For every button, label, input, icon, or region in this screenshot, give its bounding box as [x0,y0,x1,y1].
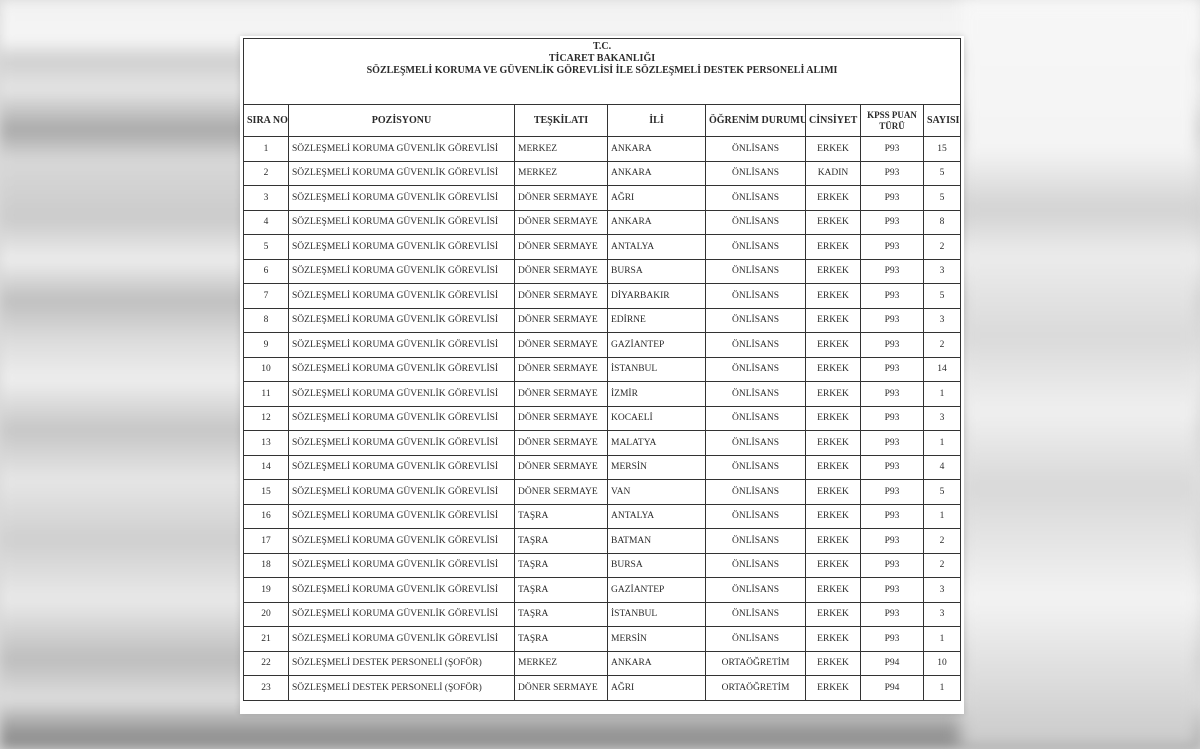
col-header-cinsiyet: CİNSİYET [806,105,861,137]
cell-kpss: P93 [861,578,924,603]
cell-sayisi: 1 [924,382,961,407]
cell-cinsiyet: ERKEK [806,333,861,358]
cell-ogrenim: ÖNLİSANS [706,602,806,627]
table-row: 3SÖZLEŞMELİ KORUMA GÜVENLİK GÖREVLİSİDÖN… [244,186,961,211]
table-row: 16SÖZLEŞMELİ KORUMA GÜVENLİK GÖREVLİSİTA… [244,504,961,529]
cell-ogrenim: ÖNLİSANS [706,333,806,358]
cell-il: VAN [608,480,706,505]
cell-teskilat: DÖNER SERMAYE [515,284,608,309]
cell-cinsiyet: ERKEK [806,210,861,235]
col-header-sayisi: SAYISI [924,105,961,137]
cell-ogrenim: ÖNLİSANS [706,504,806,529]
cell-ogrenim: ÖNLİSANS [706,235,806,260]
cell-teskilat: MERKEZ [515,137,608,162]
cell-teskilat: DÖNER SERMAYE [515,259,608,284]
cell-kpss: P93 [861,406,924,431]
col-header-kpss-puan-turu: KPSS PUAN TÜRÜ [861,105,924,137]
cell-cinsiyet: ERKEK [806,553,861,578]
title-line-tc: T.C. [247,41,957,53]
document-page: T.C. TİCARET BAKANLIĞI SÖZLEŞMELİ KORUMA… [240,36,964,714]
col-header-sira-no: SIRA NO [244,105,289,137]
cell-sayisi: 15 [924,137,961,162]
cell-teskilat: TAŞRA [515,553,608,578]
cell-sira-no: 18 [244,553,289,578]
cell-pozisyon: SÖZLEŞMELİ KORUMA GÜVENLİK GÖREVLİSİ [289,406,515,431]
cell-sayisi: 1 [924,504,961,529]
cell-pozisyon: SÖZLEŞMELİ KORUMA GÜVENLİK GÖREVLİSİ [289,161,515,186]
cell-ogrenim: ÖNLİSANS [706,455,806,480]
cell-il: BURSA [608,259,706,284]
cell-pozisyon: SÖZLEŞMELİ KORUMA GÜVENLİK GÖREVLİSİ [289,210,515,235]
cell-il: MERSİN [608,455,706,480]
table-row: 20SÖZLEŞMELİ KORUMA GÜVENLİK GÖREVLİSİTA… [244,602,961,627]
cell-kpss: P93 [861,259,924,284]
table-row: 18SÖZLEŞMELİ KORUMA GÜVENLİK GÖREVLİSİTA… [244,553,961,578]
cell-teskilat: DÖNER SERMAYE [515,186,608,211]
cell-ogrenim: ÖNLİSANS [706,480,806,505]
table-row: 6SÖZLEŞMELİ KORUMA GÜVENLİK GÖREVLİSİDÖN… [244,259,961,284]
cell-teskilat: DÖNER SERMAYE [515,210,608,235]
cell-ogrenim: ÖNLİSANS [706,578,806,603]
cell-il: AĞRI [608,676,706,701]
cell-sayisi: 3 [924,259,961,284]
cell-sira-no: 14 [244,455,289,480]
cell-il: GAZİANTEP [608,578,706,603]
title-line-subject: SÖZLEŞMELİ KORUMA VE GÜVENLİK GÖREVLİSİ … [247,65,957,77]
cell-sira-no: 19 [244,578,289,603]
cell-cinsiyet: ERKEK [806,651,861,676]
cell-il: ANKARA [608,210,706,235]
cell-sira-no: 9 [244,333,289,358]
cell-cinsiyet: ERKEK [806,186,861,211]
cell-ogrenim: ÖNLİSANS [706,529,806,554]
cell-pozisyon: SÖZLEŞMELİ KORUMA GÜVENLİK GÖREVLİSİ [289,553,515,578]
cell-teskilat: MERKEZ [515,161,608,186]
cell-teskilat: TAŞRA [515,578,608,603]
cell-teskilat: DÖNER SERMAYE [515,480,608,505]
cell-sira-no: 11 [244,382,289,407]
cell-teskilat: MERKEZ [515,651,608,676]
title-line-ministry: TİCARET BAKANLIĞI [247,53,957,65]
cell-pozisyon: SÖZLEŞMELİ KORUMA GÜVENLİK GÖREVLİSİ [289,333,515,358]
cell-sira-no: 3 [244,186,289,211]
cell-pozisyon: SÖZLEŞMELİ KORUMA GÜVENLİK GÖREVLİSİ [289,602,515,627]
table-row: 13SÖZLEŞMELİ KORUMA GÜVENLİK GÖREVLİSİDÖ… [244,431,961,456]
cell-kpss: P93 [861,627,924,652]
cell-pozisyon: SÖZLEŞMELİ KORUMA GÜVENLİK GÖREVLİSİ [289,578,515,603]
table-row: 21SÖZLEŞMELİ KORUMA GÜVENLİK GÖREVLİSİTA… [244,627,961,652]
cell-il: ANKARA [608,161,706,186]
cell-teskilat: DÖNER SERMAYE [515,357,608,382]
col-header-ili: İLİ [608,105,706,137]
cell-sira-no: 17 [244,529,289,554]
cell-pozisyon: SÖZLEŞMELİ KORUMA GÜVENLİK GÖREVLİSİ [289,382,515,407]
table-row: 15SÖZLEŞMELİ KORUMA GÜVENLİK GÖREVLİSİDÖ… [244,480,961,505]
cell-sayisi: 5 [924,284,961,309]
table-row: 7SÖZLEŞMELİ KORUMA GÜVENLİK GÖREVLİSİDÖN… [244,284,961,309]
table-row: 17SÖZLEŞMELİ KORUMA GÜVENLİK GÖREVLİSİTA… [244,529,961,554]
cell-il: EDİRNE [608,308,706,333]
cell-il: İSTANBUL [608,602,706,627]
cell-teskilat: TAŞRA [515,602,608,627]
cell-teskilat: DÖNER SERMAYE [515,406,608,431]
cell-pozisyon: SÖZLEŞMELİ KORUMA GÜVENLİK GÖREVLİSİ [289,431,515,456]
cell-sira-no: 8 [244,308,289,333]
cell-sayisi: 3 [924,406,961,431]
cell-sira-no: 2 [244,161,289,186]
table-row: 5SÖZLEŞMELİ KORUMA GÜVENLİK GÖREVLİSİDÖN… [244,235,961,260]
cell-il: GAZİANTEP [608,333,706,358]
cell-kpss: P93 [861,186,924,211]
cell-ogrenim: ÖNLİSANS [706,357,806,382]
cell-teskilat: DÖNER SERMAYE [515,676,608,701]
cell-cinsiyet: ERKEK [806,676,861,701]
cell-teskilat: DÖNER SERMAYE [515,308,608,333]
cell-sayisi: 1 [924,431,961,456]
cell-teskilat: DÖNER SERMAYE [515,431,608,456]
cell-sira-no: 20 [244,602,289,627]
table-row: 14SÖZLEŞMELİ KORUMA GÜVENLİK GÖREVLİSİDÖ… [244,455,961,480]
cell-kpss: P93 [861,529,924,554]
cell-il: İSTANBUL [608,357,706,382]
cell-ogrenim: ÖNLİSANS [706,382,806,407]
cell-kpss: P93 [861,235,924,260]
cell-il: ANTALYA [608,504,706,529]
cell-cinsiyet: ERKEK [806,431,861,456]
document-title: T.C. TİCARET BAKANLIĞI SÖZLEŞMELİ KORUMA… [244,39,961,105]
cell-sayisi: 3 [924,578,961,603]
cell-sayisi: 10 [924,651,961,676]
cell-cinsiyet: ERKEK [806,382,861,407]
cell-pozisyon: SÖZLEŞMELİ KORUMA GÜVENLİK GÖREVLİSİ [289,529,515,554]
cell-sira-no: 7 [244,284,289,309]
cell-sayisi: 1 [924,627,961,652]
table-row: 1SÖZLEŞMELİ KORUMA GÜVENLİK GÖREVLİSİMER… [244,137,961,162]
cell-pozisyon: SÖZLEŞMELİ KORUMA GÜVENLİK GÖREVLİSİ [289,235,515,260]
cell-cinsiyet: ERKEK [806,259,861,284]
table-row: 2SÖZLEŞMELİ KORUMA GÜVENLİK GÖREVLİSİMER… [244,161,961,186]
cell-sira-no: 16 [244,504,289,529]
cell-cinsiyet: ERKEK [806,406,861,431]
cell-pozisyon: SÖZLEŞMELİ KORUMA GÜVENLİK GÖREVLİSİ [289,357,515,382]
cell-kpss: P93 [861,602,924,627]
cell-sayisi: 1 [924,676,961,701]
cell-il: İZMİR [608,382,706,407]
cell-sayisi: 5 [924,480,961,505]
cell-il: BATMAN [608,529,706,554]
cell-cinsiyet: ERKEK [806,235,861,260]
cell-ogrenim: ÖNLİSANS [706,406,806,431]
cell-il: MERSİN [608,627,706,652]
cell-cinsiyet: ERKEK [806,578,861,603]
cell-kpss: P93 [861,137,924,162]
cell-kpss: P94 [861,676,924,701]
cell-pozisyon: SÖZLEŞMELİ KORUMA GÜVENLİK GÖREVLİSİ [289,455,515,480]
cell-ogrenim: ÖNLİSANS [706,161,806,186]
cell-il: KOCAELİ [608,406,706,431]
cell-cinsiyet: ERKEK [806,357,861,382]
col-header-ogrenim-durumu: ÖĞRENİM DURUMU [706,105,806,137]
cell-sayisi: 4 [924,455,961,480]
cell-ogrenim: ÖNLİSANS [706,137,806,162]
cell-pozisyon: SÖZLEŞMELİ KORUMA GÜVENLİK GÖREVLİSİ [289,480,515,505]
table-row: 9SÖZLEŞMELİ KORUMA GÜVENLİK GÖREVLİSİDÖN… [244,333,961,358]
cell-ogrenim: ORTAÖĞRETİM [706,651,806,676]
cell-sira-no: 21 [244,627,289,652]
table-header-row: SIRA NO POZİSYONU TEŞKİLATI İLİ ÖĞRENİM … [244,105,961,137]
cell-sayisi: 5 [924,186,961,211]
recruitment-table: T.C. TİCARET BAKANLIĞI SÖZLEŞMELİ KORUMA… [243,38,961,701]
cell-teskilat: TAŞRA [515,504,608,529]
cell-sayisi: 2 [924,529,961,554]
cell-kpss: P94 [861,651,924,676]
cell-teskilat: DÖNER SERMAYE [515,455,608,480]
cell-cinsiyet: KADIN [806,161,861,186]
cell-sira-no: 10 [244,357,289,382]
cell-kpss: P93 [861,553,924,578]
cell-sayisi: 3 [924,602,961,627]
cell-kpss: P93 [861,308,924,333]
cell-sira-no: 6 [244,259,289,284]
cell-kpss: P93 [861,504,924,529]
cell-cinsiyet: ERKEK [806,627,861,652]
cell-ogrenim: ÖNLİSANS [706,553,806,578]
cell-cinsiyet: ERKEK [806,284,861,309]
cell-il: ANTALYA [608,235,706,260]
table-row: 23SÖZLEŞMELİ DESTEK PERSONELİ (ŞOFÖR)DÖN… [244,676,961,701]
cell-sayisi: 2 [924,553,961,578]
table-row: 10SÖZLEŞMELİ KORUMA GÜVENLİK GÖREVLİSİDÖ… [244,357,961,382]
cell-il: AĞRI [608,186,706,211]
table-row: 11SÖZLEŞMELİ KORUMA GÜVENLİK GÖREVLİSİDÖ… [244,382,961,407]
cell-sira-no: 13 [244,431,289,456]
cell-ogrenim: ÖNLİSANS [706,210,806,235]
cell-il: BURSA [608,553,706,578]
cell-sayisi: 14 [924,357,961,382]
cell-il: DİYARBAKIR [608,284,706,309]
cell-ogrenim: ÖNLİSANS [706,308,806,333]
table-row: 12SÖZLEŞMELİ KORUMA GÜVENLİK GÖREVLİSİDÖ… [244,406,961,431]
cell-kpss: P93 [861,480,924,505]
cell-il: ANKARA [608,651,706,676]
cell-pozisyon: SÖZLEŞMELİ KORUMA GÜVENLİK GÖREVLİSİ [289,284,515,309]
cell-ogrenim: ÖNLİSANS [706,284,806,309]
cell-kpss: P93 [861,161,924,186]
cell-kpss: P93 [861,431,924,456]
cell-ogrenim: ÖNLİSANS [706,259,806,284]
cell-sayisi: 5 [924,161,961,186]
cell-sayisi: 8 [924,210,961,235]
cell-kpss: P93 [861,333,924,358]
cell-sira-no: 1 [244,137,289,162]
cell-sayisi: 2 [924,333,961,358]
cell-sira-no: 15 [244,480,289,505]
cell-teskilat: TAŞRA [515,529,608,554]
cell-il: ANKARA [608,137,706,162]
table-body: 1SÖZLEŞMELİ KORUMA GÜVENLİK GÖREVLİSİMER… [244,137,961,701]
cell-sira-no: 22 [244,651,289,676]
cell-cinsiyet: ERKEK [806,480,861,505]
cell-cinsiyet: ERKEK [806,137,861,162]
cell-sira-no: 5 [244,235,289,260]
cell-ogrenim: ÖNLİSANS [706,627,806,652]
cell-ogrenim: ÖNLİSANS [706,431,806,456]
cell-kpss: P93 [861,357,924,382]
cell-pozisyon: SÖZLEŞMELİ KORUMA GÜVENLİK GÖREVLİSİ [289,308,515,333]
cell-sayisi: 3 [924,308,961,333]
cell-sayisi: 2 [924,235,961,260]
cell-sira-no: 12 [244,406,289,431]
cell-pozisyon: SÖZLEŞMELİ KORUMA GÜVENLİK GÖREVLİSİ [289,504,515,529]
cell-sira-no: 4 [244,210,289,235]
cell-cinsiyet: ERKEK [806,504,861,529]
cell-kpss: P93 [861,284,924,309]
table-row: 8SÖZLEŞMELİ KORUMA GÜVENLİK GÖREVLİSİDÖN… [244,308,961,333]
cell-cinsiyet: ERKEK [806,455,861,480]
cell-teskilat: DÖNER SERMAYE [515,333,608,358]
cell-cinsiyet: ERKEK [806,602,861,627]
cell-teskilat: TAŞRA [515,627,608,652]
blurred-background-right [960,0,1200,749]
cell-ogrenim: ÖNLİSANS [706,186,806,211]
cell-pozisyon: SÖZLEŞMELİ KORUMA GÜVENLİK GÖREVLİSİ [289,259,515,284]
table-row: 22SÖZLEŞMELİ DESTEK PERSONELİ (ŞOFÖR)MER… [244,651,961,676]
cell-cinsiyet: ERKEK [806,308,861,333]
cell-kpss: P93 [861,210,924,235]
cell-kpss: P93 [861,382,924,407]
cell-pozisyon: SÖZLEŞMELİ KORUMA GÜVENLİK GÖREVLİSİ [289,137,515,162]
cell-teskilat: DÖNER SERMAYE [515,235,608,260]
cell-pozisyon: SÖZLEŞMELİ KORUMA GÜVENLİK GÖREVLİSİ [289,186,515,211]
cell-ogrenim: ORTAÖĞRETİM [706,676,806,701]
col-header-teskilati: TEŞKİLATI [515,105,608,137]
table-row: 19SÖZLEŞMELİ KORUMA GÜVENLİK GÖREVLİSİTA… [244,578,961,603]
col-header-pozisyonu: POZİSYONU [289,105,515,137]
cell-kpss: P93 [861,455,924,480]
cell-teskilat: DÖNER SERMAYE [515,382,608,407]
cell-cinsiyet: ERKEK [806,529,861,554]
cell-pozisyon: SÖZLEŞMELİ DESTEK PERSONELİ (ŞOFÖR) [289,651,515,676]
cell-pozisyon: SÖZLEŞMELİ KORUMA GÜVENLİK GÖREVLİSİ [289,627,515,652]
table-row: 4SÖZLEŞMELİ KORUMA GÜVENLİK GÖREVLİSİDÖN… [244,210,961,235]
cell-il: MALATYA [608,431,706,456]
cell-sira-no: 23 [244,676,289,701]
cell-pozisyon: SÖZLEŞMELİ DESTEK PERSONELİ (ŞOFÖR) [289,676,515,701]
